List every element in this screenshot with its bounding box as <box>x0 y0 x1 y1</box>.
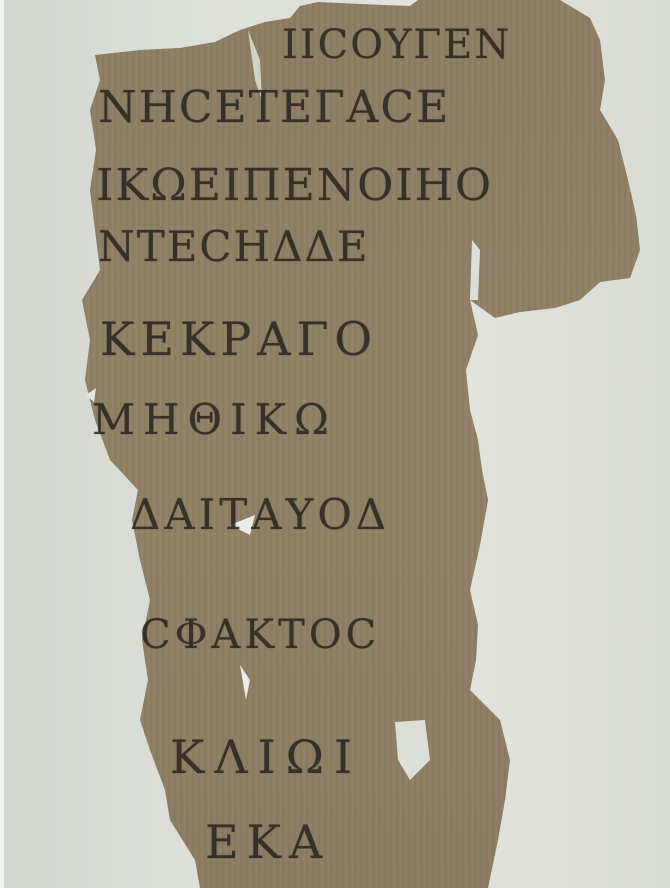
text-line-8: ϹΦΑΚΤΟϹ <box>140 612 380 658</box>
text-line-5: ΚΕΚΡΑΓΟ <box>100 312 378 366</box>
text-line-6: ΜΗΘΙΚΩ <box>92 395 337 444</box>
text-line-1: ΙΙϹΟΥΓΕΝ <box>282 22 511 68</box>
text-line-10: ΕΚΑ <box>205 815 330 869</box>
text-line-3: ΙΚΩΕΙΠΕΝΟΙΗΟ <box>96 160 493 211</box>
text-line-2: ΝΗϹΕΤΕΓΑϹΕ <box>98 82 450 133</box>
text-line-7: ΔΑΙΤΑΥΟΔ <box>130 490 390 539</box>
text-line-4: ΝΤΕϹΗΔΔΕ <box>98 222 370 271</box>
text-line-9: ΚΛΙΩΙ <box>170 730 362 784</box>
